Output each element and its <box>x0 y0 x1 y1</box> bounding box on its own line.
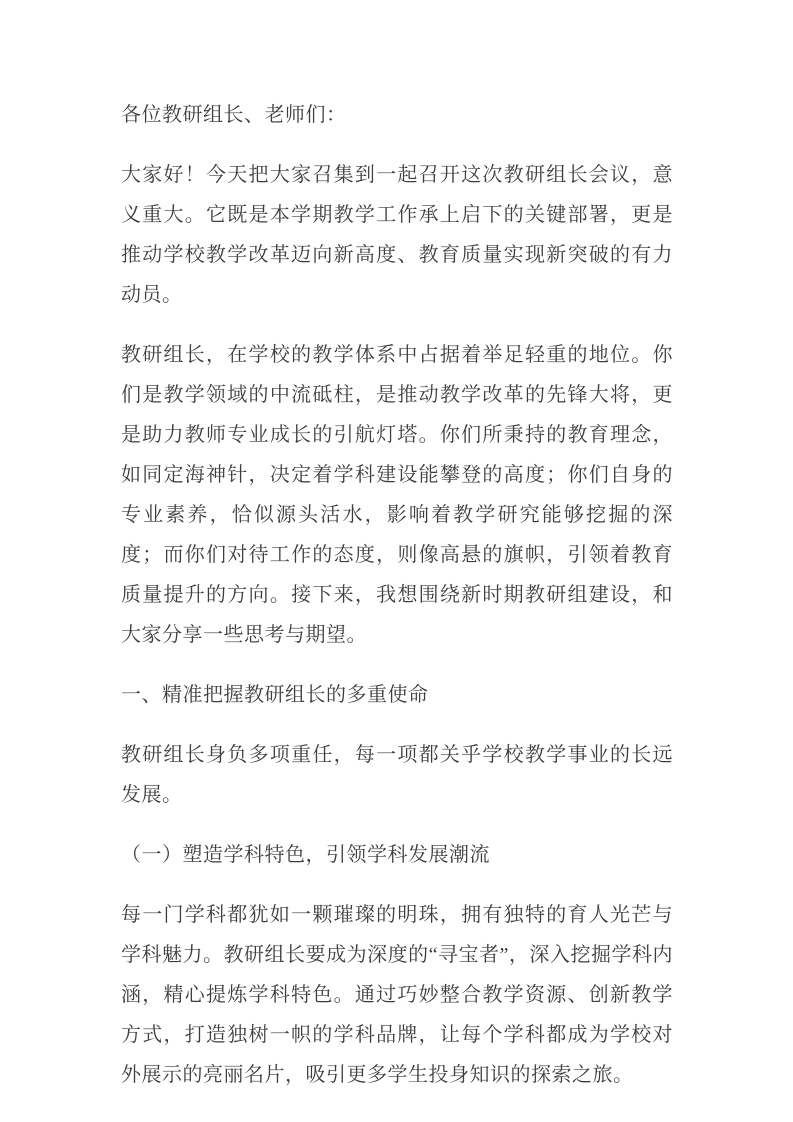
document-page: 各位教研组长、老师们： 大家好！今天把大家召集到一起召开这次教研组长会议，意义重… <box>0 0 793 1122</box>
paragraph-subject-brand: 每一门学科都犹如一颗璀璨的明珠，拥有独特的育人光芒与学科魅力。教研组长要成为深度… <box>121 895 673 1095</box>
paragraph-opening: 大家好！今天把大家召集到一起召开这次教研组长会议，意义重大。它既是本学期教学工作… <box>121 155 673 315</box>
paragraph-section-intro: 教研组长身负多项重任，每一项都关乎学校教学事业的长远发展。 <box>121 735 673 815</box>
salutation-line: 各位教研组长、老师们： <box>121 95 673 135</box>
paragraph-role-importance: 教研组长，在学校的教学体系中占据着举足轻重的地位。你们是教学领域的中流砥柱，是推… <box>121 335 673 655</box>
subsection-heading-1-1: （一）塑造学科特色，引领学科发展潮流 <box>121 835 673 875</box>
section-heading-1: 一、精准把握教研组长的多重使命 <box>121 675 673 715</box>
